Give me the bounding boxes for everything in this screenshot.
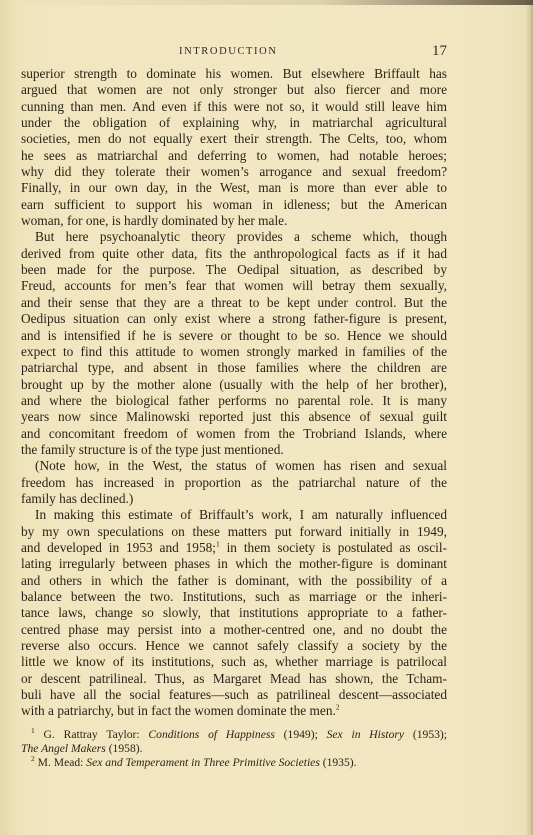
text-line: and where the biological father performs… (21, 393, 447, 409)
text-line: buli have all the social features—such a… (21, 687, 447, 703)
text-line: and their sense that they are a threat t… (21, 295, 447, 311)
running-head: INTRODUCTION 17 (21, 42, 447, 66)
footnote-marker-1: 1 (31, 726, 35, 735)
footnote-marker-2: 2 (31, 754, 35, 763)
text-line: lating irregularly between phases in whi… (21, 556, 447, 572)
text-line: years now since Malinowski reported just… (21, 409, 447, 425)
text-line: cunning than men. And even if this were … (21, 99, 447, 115)
work-year: (1953); (404, 728, 447, 741)
text-line: superior strength to dominate his women.… (21, 66, 447, 82)
text-line: Finally, in our own day, in the West, ma… (21, 180, 447, 196)
work-year: (1949); (275, 728, 327, 741)
footnote-author: G. Rattray Taylor: (44, 728, 149, 741)
text-segment: with a patriarchy, but in fact the women… (21, 703, 336, 718)
text-line: In making this estimate of Briffault’s w… (21, 507, 447, 523)
text-line: he sees as matriarchal and deferring to … (21, 148, 447, 164)
text-segment: in them society is postulated as oscil- (220, 540, 447, 555)
page-edge-shadow (0, 0, 533, 5)
text-line: (Note how, in the West, the status of wo… (21, 458, 447, 474)
footnote-2: 2 M. Mead: Sex and Temperament in Three … (21, 756, 447, 770)
text-line: brought up by the mother alone (usually … (21, 377, 447, 393)
text-line: Oedipus situation can only exist where a… (21, 311, 447, 327)
text-line: derived from quite other data, fits the … (21, 246, 447, 262)
running-title: INTRODUCTION (179, 46, 278, 57)
text-line: But here psychoanalytic theory provides … (21, 229, 447, 245)
footnote-1-continuation: The Angel Makers (1958). (21, 742, 447, 756)
work-title: Conditions of Happiness (148, 728, 274, 741)
text-line: societies, men do not equally exert thei… (21, 131, 447, 147)
book-page: INTRODUCTION 17 superior strength to dom… (0, 0, 533, 835)
work-title: Sex in History (327, 728, 404, 741)
text-line: and concomitant freedom of women from th… (21, 426, 447, 442)
paragraph-4: In making this estimate of Briffault’s w… (21, 507, 447, 719)
text-line: patriarchal type, and absent in those fa… (21, 360, 447, 376)
footnote-author: M. Mead: (38, 756, 87, 769)
paragraph-2: But here psychoanalytic theory provides … (21, 229, 447, 458)
text-segment: and developed in 1953 and 1958; (21, 540, 216, 555)
work-year: (1935). (320, 756, 357, 769)
text-line: centred phase may persist into a mother-… (21, 622, 447, 638)
page-number: 17 (432, 43, 447, 60)
footnote-ref-2[interactable]: 2 (336, 703, 340, 712)
text-line: woman, for one, is hardly dominated by h… (21, 213, 447, 229)
text-line: Freud, accounts for men’s fear that wome… (21, 278, 447, 294)
work-title: The Angel Makers (21, 742, 106, 755)
text-line: why did they tolerate their women’s arro… (21, 164, 447, 180)
text-line: expect to find this attitude to women st… (21, 344, 447, 360)
text-line: balance between the two. Institutions, s… (21, 589, 447, 605)
text-line: and is intensified if he is severe or th… (21, 328, 447, 344)
text-line: earn sufficient to support his woman in … (21, 197, 447, 213)
text-line: and others in which the father is domina… (21, 573, 447, 589)
body-text: superior strength to dominate his women.… (21, 66, 447, 720)
text-line: family has declined.) (21, 491, 447, 507)
text-line: argued that women are not only stronger … (21, 82, 447, 98)
text-line: under the obligation of explaining why, … (21, 115, 447, 131)
text-line: tance laws, change so slowly, that insti… (21, 605, 447, 621)
text-block: INTRODUCTION 17 superior strength to dom… (21, 42, 447, 770)
text-line: little we know of its institutions, such… (21, 654, 447, 670)
text-line: or descent patrilineal. Thus, as Margare… (21, 671, 447, 687)
paragraph-1: superior strength to dominate his women.… (21, 66, 447, 229)
text-line: the family structure is of the type just… (21, 442, 447, 458)
text-line: reverse also occurs. Hence we cannot saf… (21, 638, 447, 654)
text-line: by my own speculations on these matters … (21, 524, 447, 540)
text-line-with-footnote-ref: and developed in 1953 and 1958;1 in them… (21, 540, 447, 556)
paragraph-3: (Note how, in the West, the status of wo… (21, 458, 447, 507)
text-line: been made for the purpose. The Oedipal s… (21, 262, 447, 278)
work-year: (1958). (106, 742, 143, 755)
footnote-1: 1 G. Rattray Taylor: Conditions of Happi… (21, 728, 447, 742)
text-line: freedom has increased in proportion as t… (21, 475, 447, 491)
text-line-with-footnote-ref: with a patriarchy, but in fact the women… (21, 703, 447, 719)
work-title: Sex and Temperament in Three Primitive S… (86, 756, 320, 769)
footnotes: 1 G. Rattray Taylor: Conditions of Happi… (21, 728, 447, 770)
